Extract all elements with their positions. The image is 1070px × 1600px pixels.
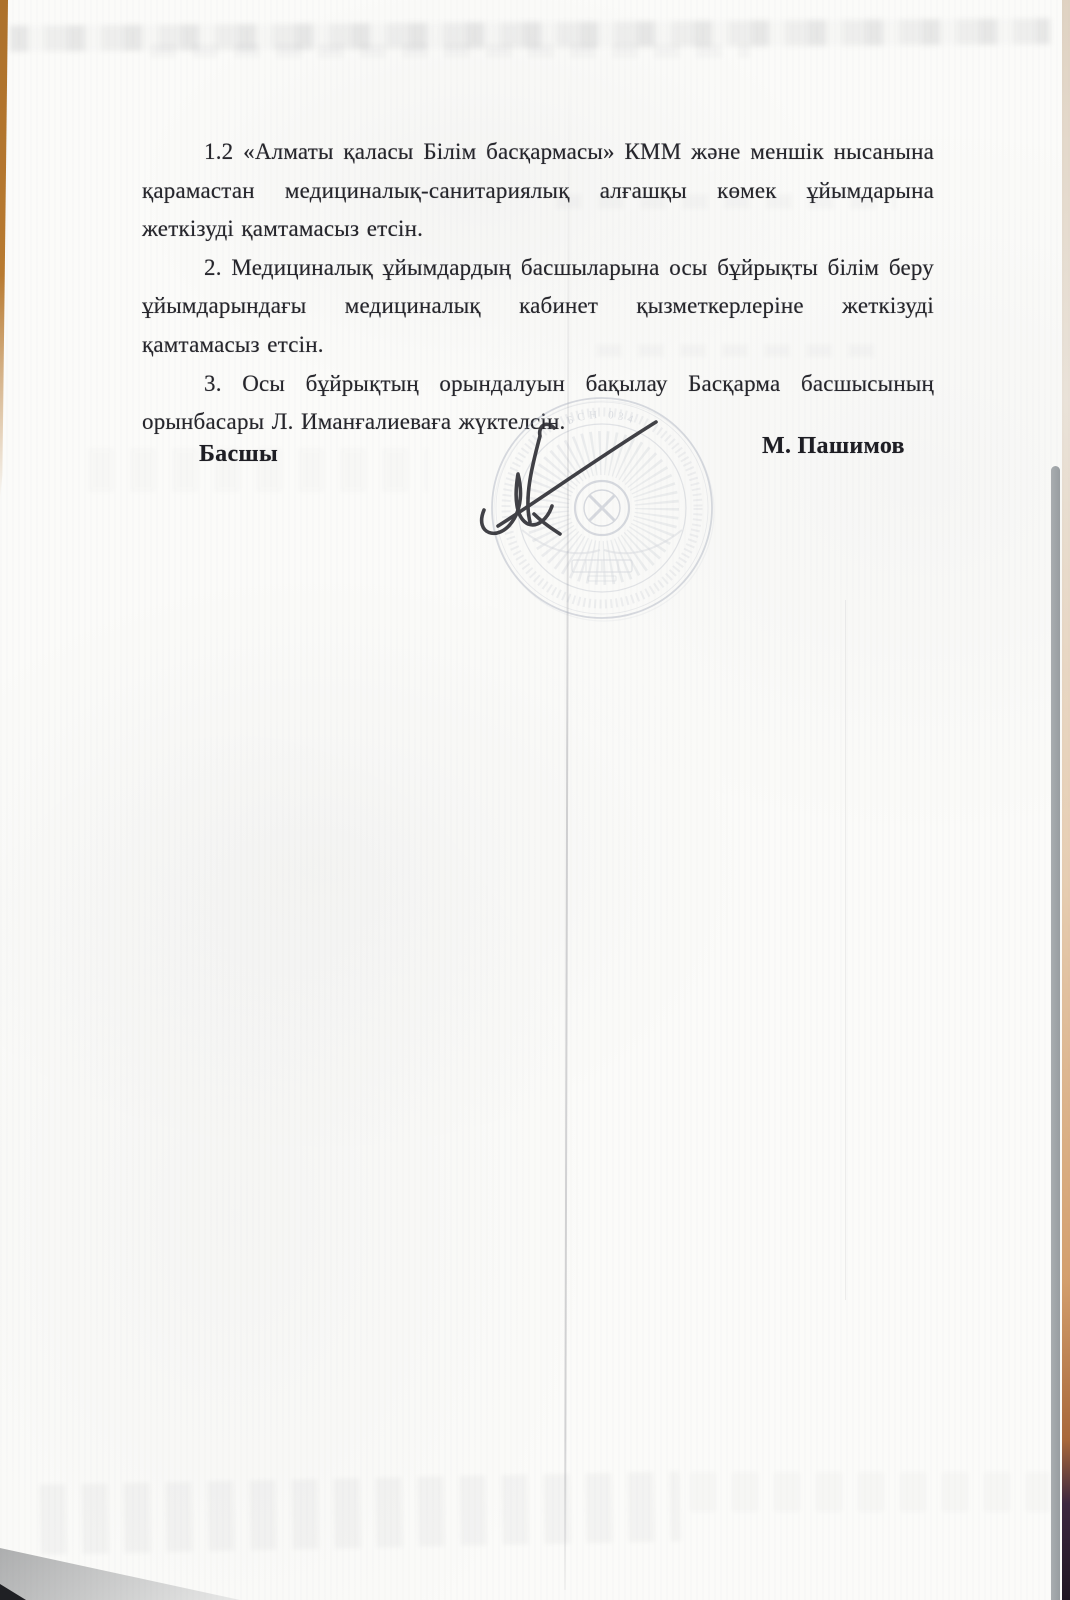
scan-shadow-bottom-left	[0, 1548, 240, 1600]
bleedthrough-ghost-text	[39, 1471, 680, 1554]
paragraph-2: 2. Медициналық ұйымдардың басшыларына ос…	[142, 249, 934, 365]
scrollbar-thumb[interactable]	[1051, 466, 1060, 1600]
scan-corner-dark	[0, 1584, 26, 1600]
handwritten-signature	[470, 406, 670, 538]
scanned-document-page: 1.2 «Алматы қаласы Білім басқармасы» КММ…	[0, 0, 1070, 1600]
paragraph-1-2: 1.2 «Алматы қаласы Білім басқармасы» КММ…	[142, 133, 934, 249]
scan-streak-line	[845, 600, 846, 1300]
scan-edge-right	[1062, 0, 1070, 1600]
scan-edge-left	[0, 0, 8, 500]
signer-name: М. Пашимов	[762, 433, 905, 460]
bleedthrough-ghost-text	[150, 44, 750, 58]
scan-smudge-top	[10, 18, 1050, 51]
bleedthrough-ghost-text	[690, 1472, 1050, 1512]
role-label: Басшы	[199, 441, 278, 468]
